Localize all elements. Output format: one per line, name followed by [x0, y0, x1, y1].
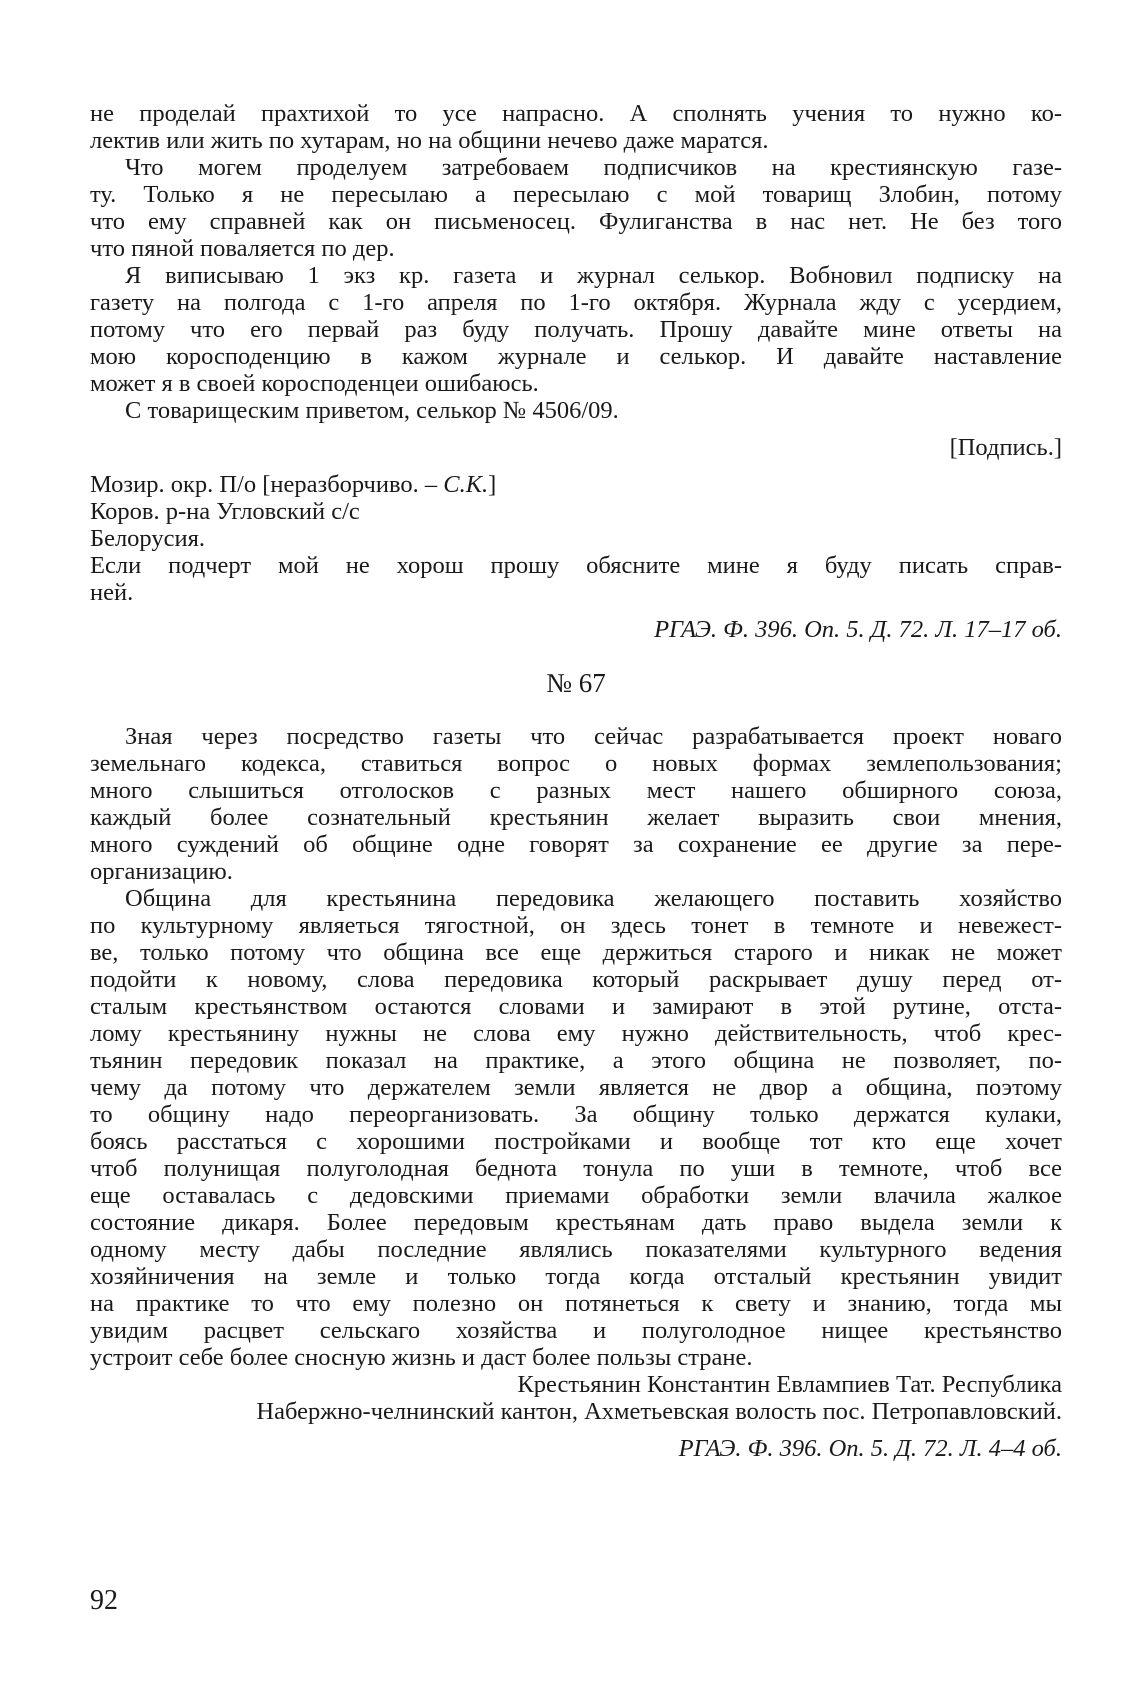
text-line: ту. Только я не пересылаю а пересылаю с …	[90, 181, 1062, 208]
text-line: организацию.	[90, 858, 1062, 885]
text-line: что пяной поваляется по дер.	[90, 235, 1062, 262]
text-line: подойти к новому, слова передовика котор…	[90, 966, 1062, 993]
text-line: много суждений об общине одне говорят за…	[90, 831, 1062, 858]
text-line: каждый более сознательный крестьянин жел…	[90, 804, 1062, 831]
text-line: не проделай прахтихой то усе напрасно. А…	[90, 100, 1062, 127]
archive-source: РГАЭ. Ф. 396. Оп. 5. Д. 72. Л. 4–4 об.	[90, 1435, 1062, 1462]
address-line: Коров. р-на Угловский с/с	[90, 498, 1062, 525]
text-line: может я в своей коросподенцеи ошибаюсь.	[90, 370, 1062, 397]
archive-source: РГАЭ. Ф. 396. Оп. 5. Д. 72. Л. 17–17 об.	[90, 616, 1062, 643]
text-line: хозяйничения на земле и только тогда ког…	[90, 1263, 1062, 1290]
signature: [Подпись.]	[90, 434, 1062, 461]
text-line: лектив или жить по хутарам, но на общини…	[90, 127, 1062, 154]
text-line: сталым крестьянством остаются словами и …	[90, 993, 1062, 1020]
text-line: ней.	[90, 579, 1062, 606]
text-line: ве, только потому что община все еще дер…	[90, 939, 1062, 966]
text-line: тьянин передовик показал на практике, а …	[90, 1047, 1062, 1074]
text-line: много слышиться отголосков с разных мест…	[90, 777, 1062, 804]
text-line: на практике то что ему полезно он потяне…	[90, 1290, 1062, 1317]
text-line: газету на полгода с 1-го апреля по 1-го …	[90, 289, 1062, 316]
address-line: Мозир. окр. П/о [неразборчиво. – С.К.]	[90, 471, 1062, 498]
text-line: лому крестьянину нужны не слова ему нужн…	[90, 1020, 1062, 1047]
text-line: еще оставалась с дедовскими приемами обр…	[90, 1182, 1062, 1209]
text-line: боясь расстаться с хорошими постройками …	[90, 1128, 1062, 1155]
text-line: Я виписываю 1 экз кр. газета и журнал се…	[90, 262, 1062, 289]
greeting: С товарищеским приветом, селькор № 4506/…	[90, 397, 1062, 424]
text-line: мою коросподенцию в кажом журнале и сель…	[90, 343, 1062, 370]
page-number: 92	[90, 1585, 118, 1617]
document-page: не проделай прахтихой то усе напрасно. А…	[90, 100, 1062, 1462]
text-line: земельнаго кодекса, ставиться вопрос о н…	[90, 750, 1062, 777]
text-line: Община для крестьянина передовика желающ…	[90, 885, 1062, 912]
editor-initials: С.К.	[443, 471, 488, 498]
text-line: увидим расцвет сельскаго хозяйства и пол…	[90, 1317, 1062, 1344]
text-line: состояние дикаря. Более передовым кресть…	[90, 1209, 1062, 1236]
address-line: Белорусия.	[90, 525, 1062, 552]
text-line: чтоб полунищая полуголодная беднота тону…	[90, 1155, 1062, 1182]
text-line: Что могем проделуем затребоваем подписчи…	[90, 154, 1062, 181]
text-line: чему да потому что держателем земли явля…	[90, 1074, 1062, 1101]
text-line: по культурному являеться тягостной, он з…	[90, 912, 1062, 939]
text-line: одному месту дабы последние являлись пок…	[90, 1236, 1062, 1263]
text-line: потому что его первай раз буду получать.…	[90, 316, 1062, 343]
text-line: устроит себе более сносную жизнь и даст …	[90, 1344, 1062, 1371]
document-heading: № 67	[90, 663, 1062, 703]
text-line: что ему справней как он письменосец. Фул…	[90, 208, 1062, 235]
author-signature: Набержно-челнинский кантон, Ахметьевская…	[90, 1398, 1062, 1425]
text-line: Если подчерт мой не хорош прошу обясните…	[90, 552, 1062, 579]
text-line: Зная через посредство газеты что сейчас …	[90, 723, 1062, 750]
text-line: то общину надо переорганизовать. За общи…	[90, 1101, 1062, 1128]
author-signature: Крестьянин Константин Евлампиев Тат. Рес…	[90, 1371, 1062, 1398]
